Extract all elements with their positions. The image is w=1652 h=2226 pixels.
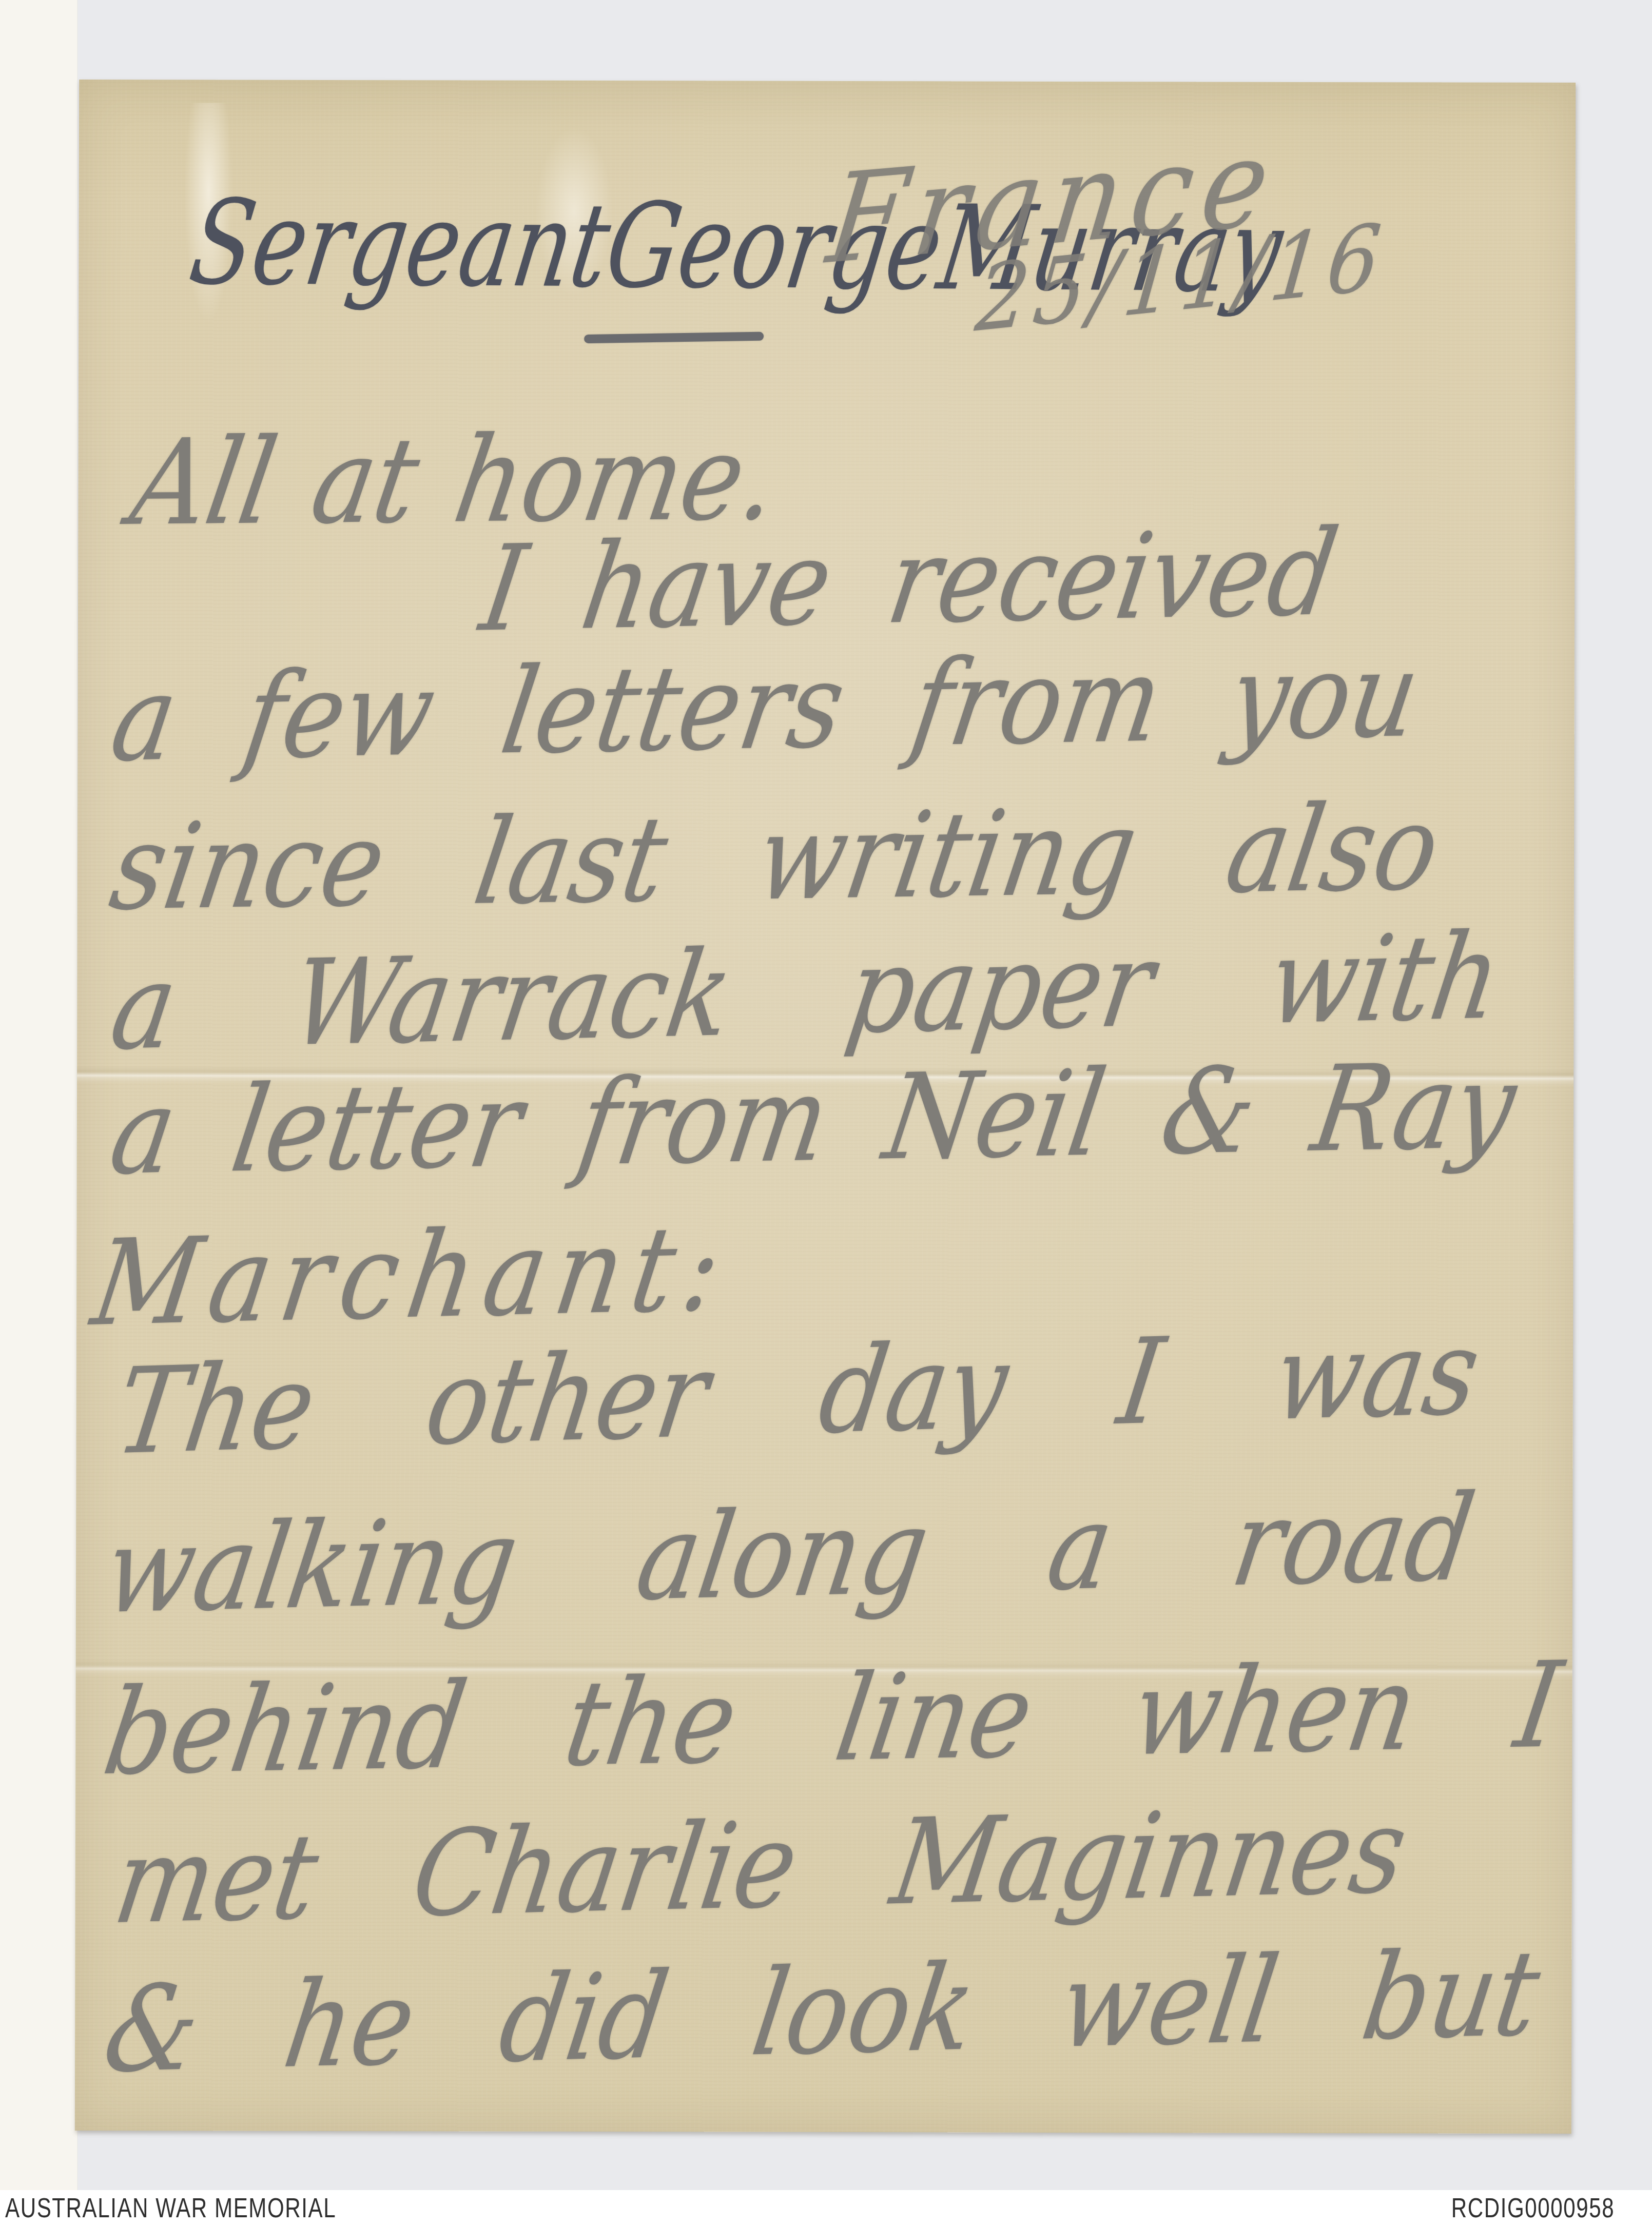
word: a [105, 659, 184, 779]
word: you [1222, 636, 1426, 758]
word: road [1225, 1479, 1481, 1604]
word: did [493, 1957, 675, 2080]
word: from [571, 1060, 836, 1183]
word: the [558, 1662, 745, 1784]
word: walking [98, 1502, 524, 1631]
word: at [304, 422, 426, 541]
word: day [812, 1327, 1015, 1451]
word: a [104, 947, 184, 1067]
word: I [1509, 1647, 1568, 1766]
word: from [904, 641, 1169, 764]
word: a [104, 1072, 183, 1192]
scanned-letter-viewer: SergeantGeorgeMurray France 25/11/16 All… [0, 0, 1652, 2226]
word: received [881, 514, 1345, 641]
word: Warrack [284, 935, 739, 1063]
word: along [630, 1493, 936, 1618]
archive-footer-bar: AUSTRALIAN WAR MEMORIAL RCDIG0000958 [0, 2190, 1652, 2226]
word: Charlie [405, 1806, 805, 1934]
word: few [237, 654, 442, 776]
scanner-bed-strip [0, 0, 77, 2190]
handwritten-line-6: aletterfromNeil&Ray [104, 1047, 1523, 1192]
collection-id-label: RCDIG0000958 [1451, 2192, 1615, 2224]
word: I [1112, 1323, 1170, 1442]
word: when [1125, 1649, 1424, 1773]
word: a [1041, 1488, 1120, 1608]
handwritten-line-4: sincelastwritingalso [104, 789, 1447, 928]
word: writing [750, 794, 1144, 918]
word: last [468, 801, 674, 922]
handwritten-line-8: TheotherdayIwas [109, 1313, 1486, 1472]
word: & [98, 1969, 207, 2091]
handwritten-line-5: aWarrackpaperwith [104, 918, 1508, 1067]
handwritten-line-10: behindthelinewhenI [97, 1647, 1568, 1792]
letter-paper: SergeantGeorgeMurray France 25/11/16 All… [75, 80, 1576, 2134]
george-underline-stroke [584, 332, 764, 343]
word: have [575, 524, 840, 647]
handwritten-line-2: Ihavereceived [474, 514, 1345, 649]
word: line [829, 1656, 1040, 1779]
word: also [1219, 789, 1447, 911]
word: Sergeant [184, 185, 617, 304]
word: Maginnes [885, 1792, 1413, 1923]
word: All [124, 423, 284, 543]
word: paper [840, 926, 1161, 1051]
word: letter [225, 1066, 530, 1189]
handwritten-line-9: walkingalongaroad [98, 1479, 1481, 1631]
word: The [109, 1348, 322, 1472]
word: look [746, 1949, 982, 2073]
word: he [278, 1964, 422, 2085]
word: well [1053, 1941, 1285, 2065]
word: with [1261, 918, 1508, 1042]
handwritten-line-7: Marchant: [86, 1209, 738, 1343]
word: met [108, 1818, 325, 1941]
word: Ray [1306, 1047, 1523, 1169]
handwritten-line-11: metCharlieMaginnes [108, 1792, 1413, 1941]
archive-name-label: AUSTRALIAN WAR MEMORIAL [5, 2192, 336, 2224]
word: other [419, 1336, 715, 1463]
handwritten-line-3: afewlettersfromyou [105, 636, 1427, 779]
word: since [104, 805, 393, 928]
word: Neil [878, 1055, 1112, 1178]
word: letters [495, 647, 852, 771]
word: but [1356, 1935, 1547, 2058]
word: behind [97, 1667, 473, 1792]
word: & [1154, 1052, 1264, 1172]
word: was [1267, 1313, 1486, 1438]
handwritten-line-12: &hedidlookwellbut [98, 1935, 1547, 2090]
